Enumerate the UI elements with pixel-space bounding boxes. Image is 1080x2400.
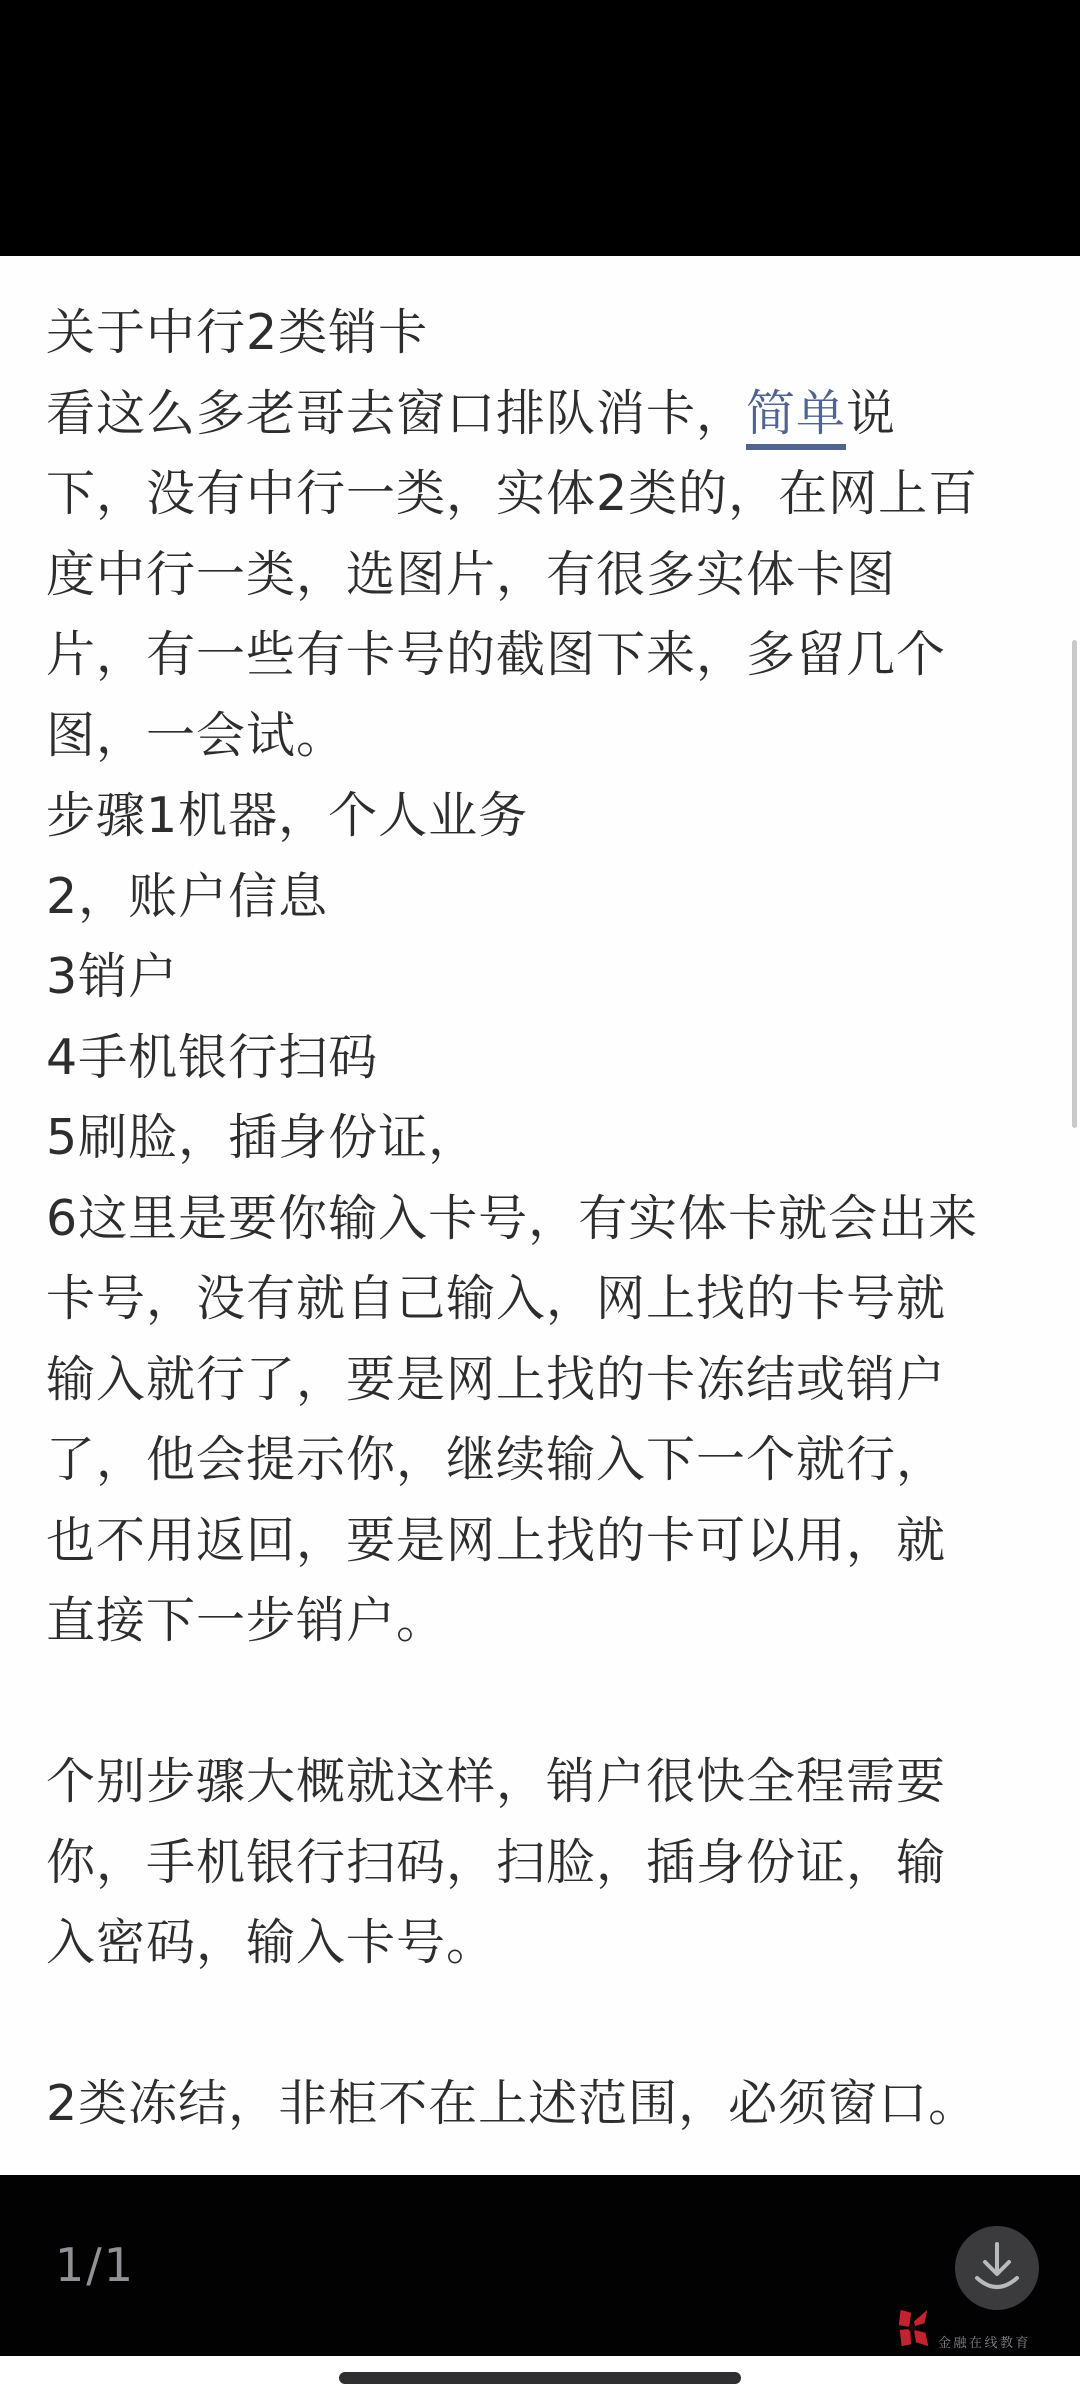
gesture-bar-area xyxy=(0,2356,1080,2400)
viewer-top-bar xyxy=(0,0,1080,256)
inline-link[interactable]: 简单 xyxy=(746,385,846,450)
text-line: 3销户 xyxy=(46,937,1046,1018)
kanong-logo-icon xyxy=(895,2308,933,2348)
text-line: 下，没有中行一类，实体2类的，在网上百 xyxy=(46,454,1046,535)
text-line: 图，一会试。 xyxy=(46,696,1046,777)
page-indicator: 1/1 xyxy=(55,2238,135,2292)
watermark-footer: 金融在线教育 xyxy=(895,2308,1075,2352)
text-segment: 看这么多老哥去窗口排队消卡， xyxy=(46,385,746,442)
text-line: 入密码，输入卡号。 xyxy=(46,1903,1046,1984)
text-line xyxy=(46,1984,1046,2065)
download-icon xyxy=(955,2226,1039,2310)
text-line xyxy=(46,1662,1046,1743)
document-image[interactable]: 关于中行2类销卡看这么多老哥去窗口排队消卡，简单说下，没有中行一类，实体2类的，… xyxy=(0,256,1080,2175)
download-button[interactable] xyxy=(955,2226,1039,2310)
text-line: 关于中行2类销卡 xyxy=(46,293,1046,374)
text-line: 卡号，没有就自己输入，网上找的卡号就 xyxy=(46,1259,1046,1340)
text-line: 4手机银行扫码 xyxy=(46,1018,1046,1099)
handwritten-note: 关于中行2类销卡看这么多老哥去窗口排队消卡，简单说下，没有中行一类，实体2类的，… xyxy=(46,293,1046,2145)
text-line: 了，他会提示你，继续输入下一个就行， xyxy=(46,1420,1046,1501)
text-segment: 说 xyxy=(846,385,896,442)
scrollbar[interactable] xyxy=(1072,640,1077,1128)
image-viewer-screen: 关于中行2类销卡看这么多老哥去窗口排队消卡，简单说下，没有中行一类，实体2类的，… xyxy=(0,0,1080,2400)
watermark-footer-tagline: 金融在线教育 xyxy=(938,2332,1031,2351)
home-indicator[interactable] xyxy=(339,2372,741,2384)
text-line: 也不用返回，要是网上找的卡可以用，就 xyxy=(46,1501,1046,1582)
text-line: 输入就行了，要是网上找的卡冻结或销户 xyxy=(46,1340,1046,1421)
text-line: 片，有一些有卡号的截图下来，多留几个 xyxy=(46,615,1046,696)
text-line: 步骤1机器，个人业务 xyxy=(46,776,1046,857)
text-line: 2，账户信息 xyxy=(46,857,1046,938)
text-line: 6这里是要你输入卡号，有实体卡就会出来 xyxy=(46,1179,1046,1260)
text-line: 看这么多老哥去窗口排队消卡，简单说 xyxy=(46,374,1046,455)
text-line: 度中行一类，选图片，有很多实体卡图 xyxy=(46,535,1046,616)
text-line: 你，手机银行扫码，扫脸，插身份证，输 xyxy=(46,1823,1046,1904)
text-line: 2类冻结，非柜不在上述范围，必须窗口。 xyxy=(46,2064,1046,2145)
text-line: 5刷脸，插身份证， xyxy=(46,1098,1046,1179)
text-line: 个别步骤大概就这样，销户很快全程需要 xyxy=(46,1742,1046,1823)
text-line: 直接下一步销户。 xyxy=(46,1581,1046,1662)
